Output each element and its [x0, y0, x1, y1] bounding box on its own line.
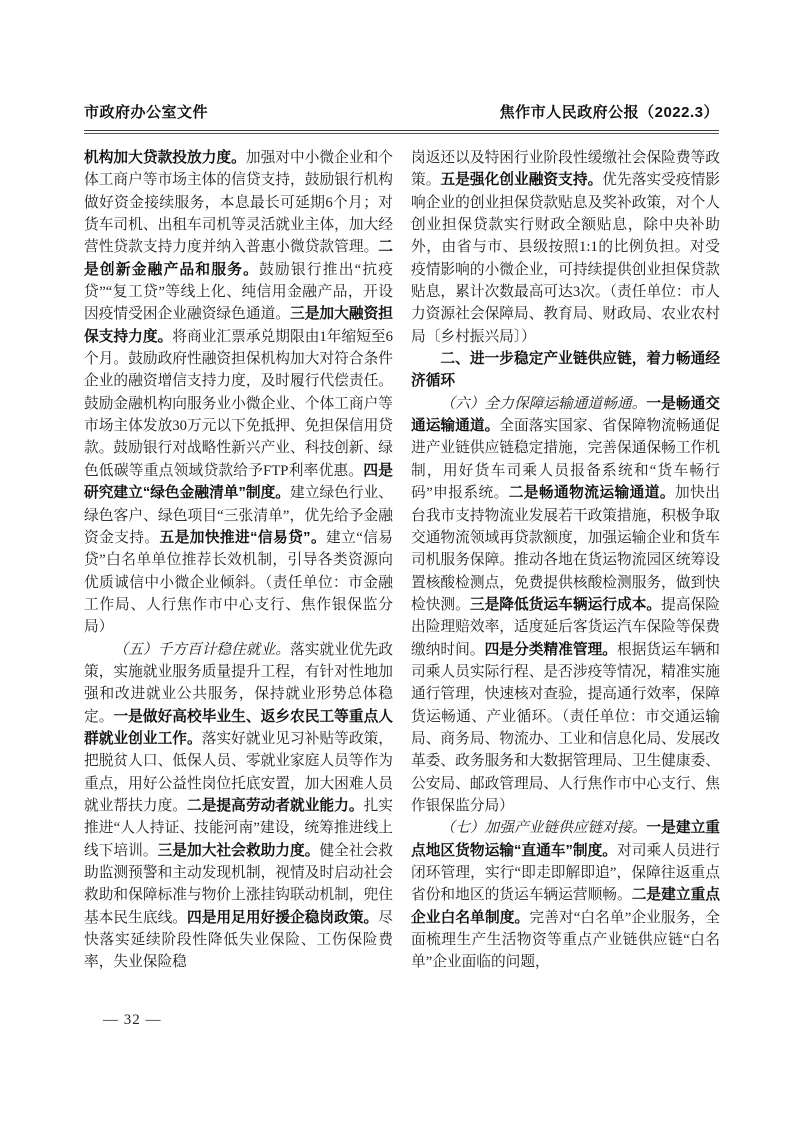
paragraph: （六）全力保障运输通道畅通。一是畅通交通运输通道。全面落实国家、省保障物流畅通促…: [411, 393, 720, 818]
text-run: 机构加大贷款投放力度。: [84, 150, 246, 166]
right-column: 岗返还以及特困行业阶段性缓缴社会保险费等政策。五是强化创业融资支持。优先落实受疫…: [411, 147, 720, 974]
text-run: （五）千方百计稳住就业。: [113, 642, 290, 658]
text-run: 四是用足用好援企稳岗政策。: [187, 910, 378, 926]
gazette-page: 市政府办公室文件 焦作市人民政府公报（2022.3） 机构加大贷款投放力度。加强…: [0, 0, 793, 1122]
text-run: 五是强化创业融资支持。: [440, 172, 602, 188]
text-run: 五是加快推进“信易贷”。: [160, 530, 327, 546]
text-run: 三是加大社会救助力度。: [158, 843, 320, 859]
text-run: 加快出台我市支持物流业发展若干政策措施，积极争取交通物流领域再贷款额度，加强运输…: [411, 485, 720, 613]
text-run: 优先落实受疫情影响企业的创业担保贷款贴息及奖补政策，对个人创业担保贷款实行财政全…: [411, 172, 720, 344]
page-number: — 32 —: [103, 1012, 162, 1029]
paragraph: 岗返还以及特困行业阶段性缓缴社会保险费等政策。五是强化创业融资支持。优先落实受疫…: [411, 147, 720, 348]
text-run: 二是畅通物流运输通道。: [509, 485, 675, 501]
text-run: 二、进一步稳定产业链供应链，着力畅通经济循环: [411, 351, 720, 389]
page-header: 市政府办公室文件 焦作市人民政府公报（2022.3）: [84, 101, 719, 122]
paragraph: （七）加强产业链供应链对接。一是建立重点地区货物运输“直通车”制度。对司乘人员进…: [411, 817, 720, 973]
left-column: 机构加大贷款投放力度。加强对中小微企业和个体工商户等市场主体的信贷支持，鼓励银行…: [84, 147, 393, 974]
header-right-title: 焦作市人民政府公报（2022.3）: [500, 101, 719, 122]
paragraph: 机构加大贷款投放力度。加强对中小微企业和个体工商户等市场主体的信贷支持，鼓励银行…: [84, 147, 393, 639]
text-run: 三是降低货运车辆运行成本。: [470, 597, 661, 613]
text-run: 根据货运车辆和司乘人员实际行程、是否涉疫等情况，精准实施通行管理，快速核对查验，…: [411, 642, 720, 814]
text-run: （六）全力保障运输通道畅通。: [440, 396, 646, 412]
text-run: 四是分类精准管理。: [485, 642, 617, 658]
paragraph: （五）千方百计稳住就业。落实就业优先政策，实施就业服务质量提升工程，有针对性地加…: [84, 639, 393, 974]
text-run: 二是提高劳动者就业能力。: [187, 798, 364, 814]
text-run: （七）加强产业链供应链对接。: [440, 820, 646, 836]
header-left-title: 市政府办公室文件: [84, 101, 208, 122]
text-run: 将商业汇票承兑期限由1年缩短至6个月。鼓励政府性融资担保机构加大对符合条件企业的…: [84, 329, 393, 479]
paragraph: 二、进一步稳定产业链供应链，着力畅通经济循环: [411, 348, 720, 393]
header-rule: [84, 130, 719, 134]
body-columns: 机构加大贷款投放力度。加强对中小微企业和个体工商户等市场主体的信贷支持，鼓励银行…: [84, 147, 720, 974]
